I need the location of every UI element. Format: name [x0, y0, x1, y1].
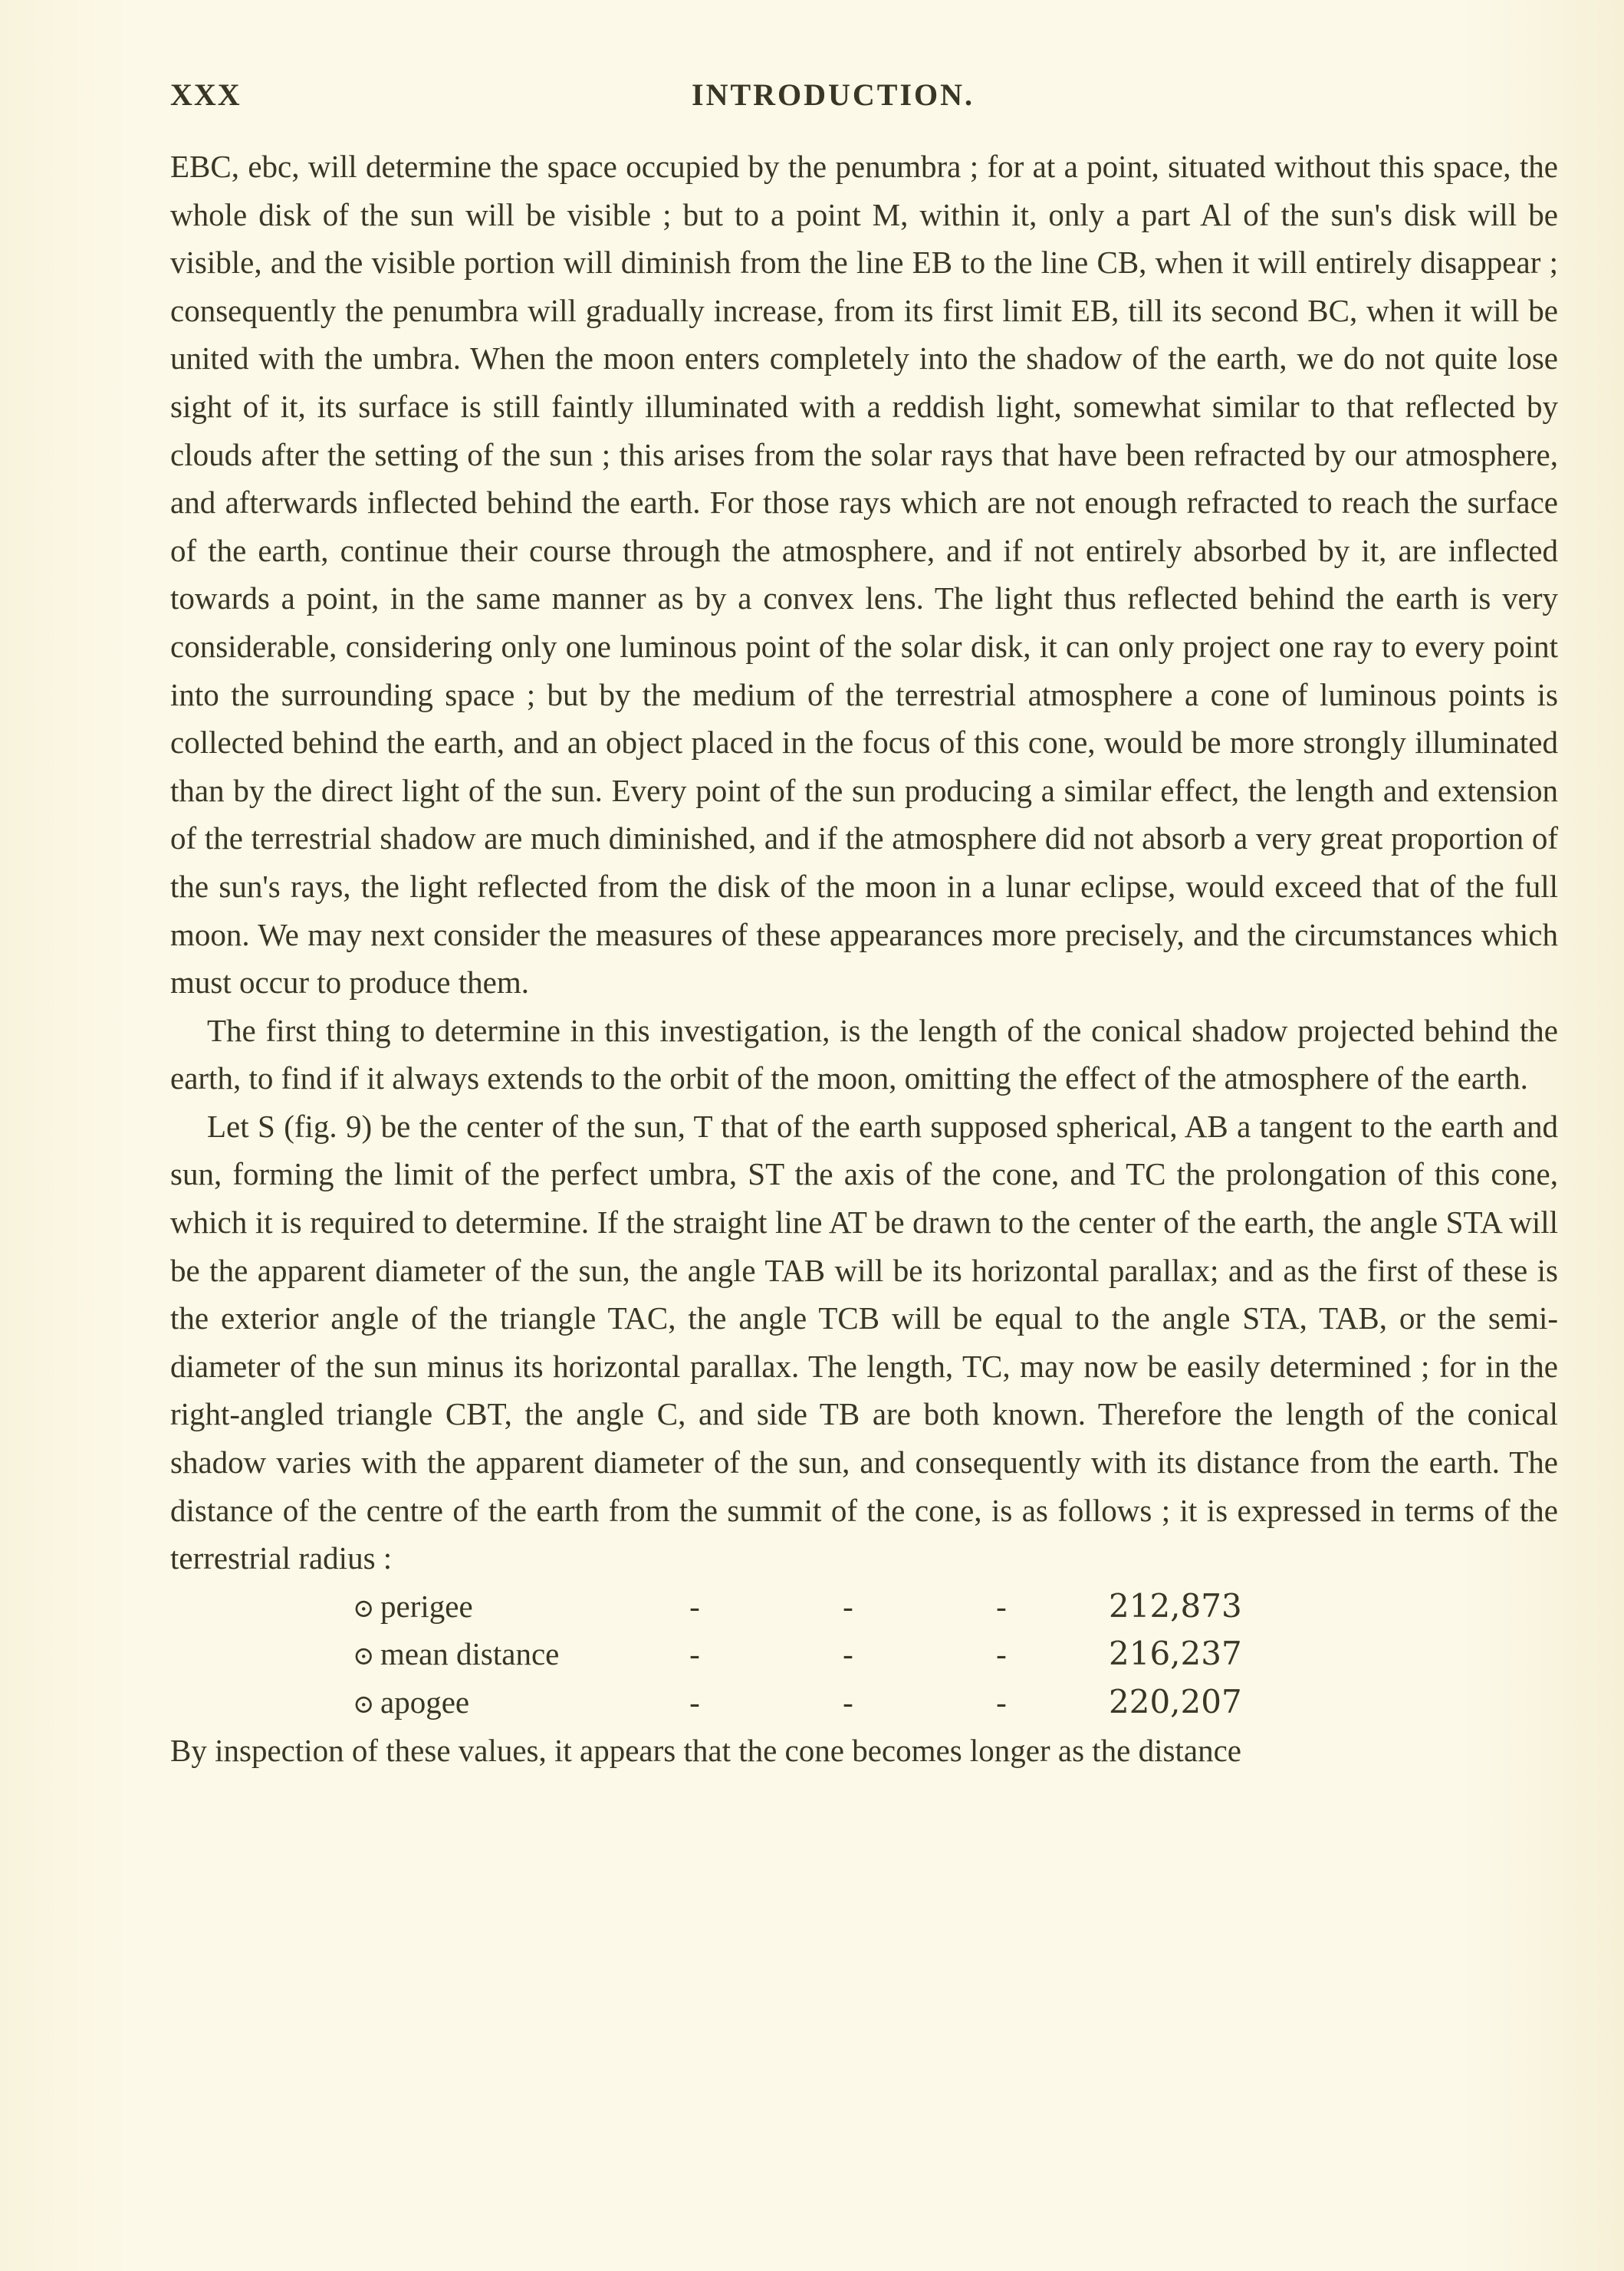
dash: -	[843, 1582, 853, 1631]
paragraph-penumbra: EBC, ebc, will determine the space occup…	[170, 143, 1558, 1007]
sun-symbol-icon: ⊙	[353, 1586, 380, 1634]
row-value: 212,873	[1109, 1582, 1242, 1631]
page-number: XXX	[170, 77, 242, 113]
dash: -	[843, 1678, 853, 1727]
page-header: XXX INTRODUCTION.	[170, 77, 1558, 123]
leader-dashes: - - -	[610, 1678, 1078, 1727]
dash: -	[996, 1678, 1007, 1727]
dash: -	[689, 1582, 700, 1631]
paragraph-conical-shadow: The first thing to determine in this inv…	[170, 1007, 1558, 1103]
closing-line: By inspection of these values, it appear…	[170, 1727, 1558, 1775]
paragraph-fig-9: Let S (fig. 9) be the center of the sun,…	[170, 1103, 1558, 1582]
dash: -	[996, 1630, 1007, 1678]
shadow-length-table: ⊙ perigee - - - 212,873 ⊙ mean distance …	[170, 1582, 1558, 1727]
row-value: 220,207	[1109, 1678, 1242, 1727]
dash: -	[689, 1678, 700, 1727]
table-row: ⊙ apogee - - - 220,207	[170, 1678, 1558, 1727]
table-row: ⊙ mean distance - - - 216,237	[170, 1630, 1558, 1678]
table-row: ⊙ perigee - - - 212,873	[170, 1582, 1558, 1631]
body-text: EBC, ebc, will determine the space occup…	[170, 143, 1558, 1774]
row-value: 216,237	[1109, 1630, 1242, 1678]
row-label: perigee	[380, 1582, 610, 1631]
sun-symbol-icon: ⊙	[353, 1681, 380, 1730]
dash: -	[689, 1630, 700, 1678]
row-label: mean distance	[380, 1630, 610, 1678]
running-head: INTRODUCTION.	[692, 77, 975, 113]
leader-dashes: - - -	[610, 1630, 1078, 1678]
book-page: XXX INTRODUCTION. EBC, ebc, will determi…	[0, 0, 1624, 2271]
dash: -	[996, 1582, 1007, 1631]
row-label: apogee	[380, 1678, 610, 1727]
sun-symbol-icon: ⊙	[353, 1633, 380, 1681]
dash: -	[843, 1630, 853, 1678]
leader-dashes: - - -	[610, 1582, 1078, 1631]
